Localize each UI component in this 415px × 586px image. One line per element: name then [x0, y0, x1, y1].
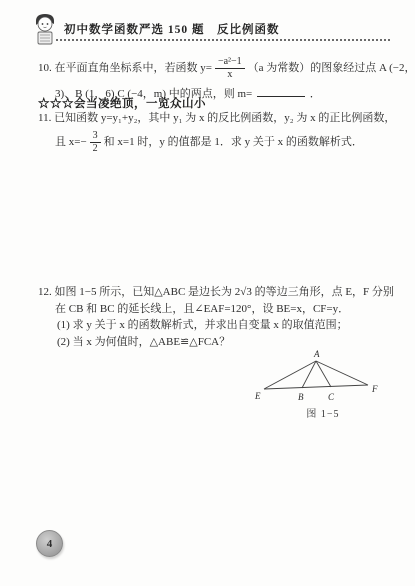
vertex-label-C: C	[328, 392, 335, 402]
vertex-label-A: A	[313, 349, 320, 359]
problem-10-line-1: 10. 在平面直角坐标系中，若函数 y= −a²−1 x （a 为常数）的图象经…	[38, 55, 398, 81]
problem-11-line-2: 且 x=− 3 2 和 x=1 时，y 的值都是 1．求 y 关于 x 的函数解…	[55, 129, 398, 155]
boy-mascot-icon	[31, 12, 59, 48]
problem-12-part-2: (2) 当 x 为何值时，△ABE≌△FCA？	[57, 334, 398, 351]
problem-12-part-1: (1) 求 y 关于 x 的函数解析式，并求出自变量 x 的取值范围；	[57, 317, 398, 334]
triangle-diagram: A E B C F	[252, 349, 394, 403]
document-page: 初中数学函数严选 150 题 反比例函数 10. 在平面直角坐标系中，若函数 y…	[0, 0, 415, 586]
header-divider	[56, 39, 390, 41]
problem-12: 12. 如图 1−5 所示，已知△ABC 是边长为 2√3 的等边三角形，点 E…	[38, 284, 398, 350]
fraction-a-squared-over-x: −a²−1 x	[215, 56, 245, 80]
problem-12-line-1: 12. 如图 1−5 所示，已知△ABC 是边长为 2√3 的等边三角形，点 E…	[38, 284, 398, 301]
figure-1-5: A E B C F 图 1−5	[252, 349, 394, 420]
page-number-badge: 4	[36, 530, 63, 557]
answer-blank	[257, 86, 305, 97]
fraction-three-halves: 3 2	[90, 130, 101, 154]
vertex-label-E: E	[254, 391, 261, 401]
figure-caption: 图 1−5	[252, 405, 394, 420]
vertex-label-B: B	[298, 392, 304, 402]
section-header: ☆☆☆会当凌绝顶，一览众山小	[38, 95, 206, 111]
page-title: 初中数学函数严选 150 题 反比例函数	[64, 21, 280, 37]
problem-10-text-pre: 10. 在平面直角坐标系中，若函数 y=	[38, 61, 212, 76]
problem-11-line-1: 11. 已知函数 y=y₁+y₂，其中 y₁ 为 x 的反比例函数，y₂ 为 x…	[38, 111, 398, 126]
vertex-label-F: F	[371, 384, 378, 394]
problem-12-line-2: 在 CB 和 BC 的延长线上，且∠EAF=120°，设 BE=x，CF=y．	[55, 301, 398, 318]
problem-10-text-post: （a 为常数）的图象经过点 A (−2，	[248, 61, 415, 76]
problem-11: 11. 已知函数 y=y₁+y₂，其中 y₁ 为 x 的反比例函数，y₂ 为 x…	[38, 111, 398, 155]
